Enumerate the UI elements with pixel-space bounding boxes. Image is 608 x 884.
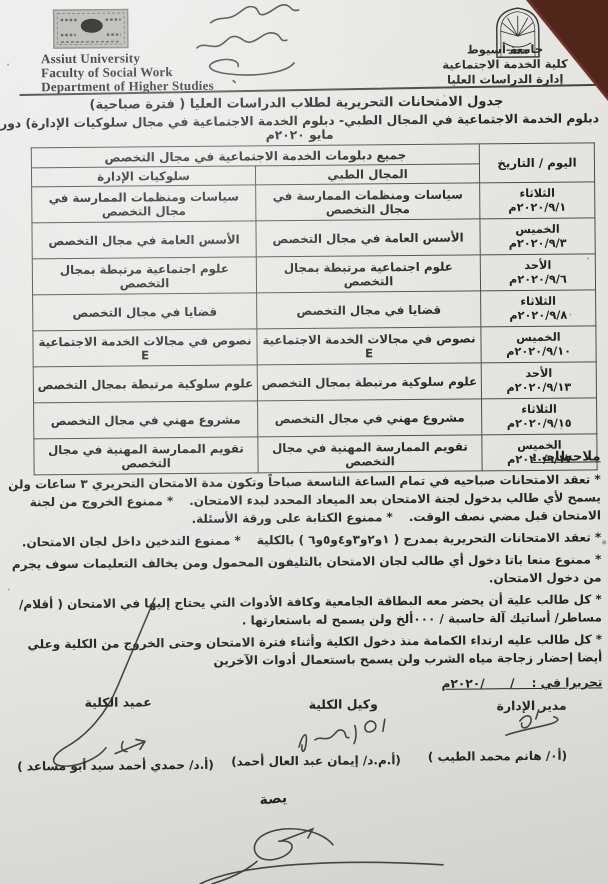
note-line: * كل طالب عليه ارتداء الكمامة منذ دخول ا… bbox=[6, 630, 602, 671]
dean-signature-marks bbox=[115, 739, 145, 753]
schedule-title: جدول الامتحانات التحريرية لطلاب الدراسات… bbox=[0, 93, 595, 113]
document-content: Assiut University Faculty of Social Work… bbox=[0, 0, 608, 884]
exam-table-row: الخميس٢٠٢٠/٩/١٠منصوص في مجالات الخدمة ال… bbox=[33, 326, 596, 367]
cell-behavior-subject: مشروع مهني في مجال التخصص bbox=[34, 401, 258, 439]
note-item: * ممنوع الكتابة على ورقة الأسئلة. bbox=[191, 510, 392, 526]
cell-medical-subject: علوم اجتماعية مرتبطة بمجال التخصص bbox=[256, 255, 480, 293]
exam-table-row: الأحد٢٠٢٠/٩/٦معلوم اجتماعية مرتبطة بمجال… bbox=[32, 254, 595, 295]
top-handwriting-swoosh bbox=[210, 59, 295, 83]
cell-day-date: الأحد٢٠٢٠/٩/١٣م bbox=[481, 362, 596, 399]
cell-behavior-subject: سياسات ومنظمات الممارسة في مجال التخصص bbox=[32, 185, 256, 223]
notes-section: ملاحظات : * تعقد الامتحانات صباحيه في تم… bbox=[4, 449, 602, 694]
university-stamp-icon bbox=[53, 8, 129, 53]
signature-title-dean: عميد الكلية bbox=[85, 694, 152, 710]
cell-medical-subject: نصوص في مجالات الخدمة الاجتماعية E bbox=[257, 327, 481, 365]
top-handwriting-line1 bbox=[211, 5, 299, 23]
exam-table-row: الثلاثاء٢٠٢٠/٩/١مسياسات ومنظمات الممارسة… bbox=[32, 182, 595, 223]
signature-name-director: (أ٠/ هانم محمد الطيب ) bbox=[428, 749, 567, 764]
scan-backing-corner-dark bbox=[530, 0, 608, 97]
note-item: * كل طالب علية أن يحضر معه البطاقة الجام… bbox=[19, 592, 602, 627]
bottom-signature-underline bbox=[200, 862, 443, 884]
cell-day-date: الخميس٢٠٢٠/٩/١٠م bbox=[481, 326, 596, 363]
signature-title-vice-dean: وكيل الكلية bbox=[309, 696, 378, 712]
note-item: * تعقد الامتحانات التحريرية بمدرج ( ١و٢و… bbox=[257, 530, 602, 547]
cell-day-date: الأحد٢٠٢٠/٩/٦م bbox=[480, 254, 595, 291]
director-signature bbox=[506, 710, 558, 735]
cell-behavior-subject: علوم سلوكية مرتبطة بمجال التخصص bbox=[33, 365, 257, 403]
exam-table-row: الخميس٢٠٢٠/٩/٣مالأسس العامة في مجال التخ… bbox=[32, 218, 595, 259]
cell-day-date: الثلاثاء٢٠٢٠/٩/١م bbox=[480, 182, 595, 219]
day-date-header: اليوم / التاريخ bbox=[479, 143, 594, 183]
issued-dateline: تحريرا في : / /٢٠٢٠م bbox=[441, 675, 602, 690]
cell-behavior-subject: نصوص في مجالات الخدمة الاجتماعية E bbox=[33, 329, 257, 367]
cell-medical-subject: قضايا في مجال التخصص bbox=[257, 291, 481, 329]
cell-medical-subject: علوم سلوكية مرتبطة بمجال التخصص bbox=[257, 363, 481, 401]
cell-behavior-subject: علوم اجتماعية مرتبطة بمجال التخصص bbox=[32, 257, 256, 295]
note-item: * ممنوع التدخين داخل لجان الامتحان. bbox=[22, 534, 241, 550]
cell-medical-subject: سياسات ومنظمات الممارسة في مجال التخصص bbox=[256, 183, 480, 221]
cell-medical-subject: مشروع مهني في مجال التخصص bbox=[258, 399, 482, 437]
bottom-signature-descender bbox=[212, 861, 257, 883]
english-letterhead: Assiut University Faculty of Social Work… bbox=[41, 51, 214, 95]
exam-table-body: الثلاثاء٢٠٢٠/٩/١مسياسات ومنظمات الممارسة… bbox=[32, 182, 597, 475]
exam-table-row: الثلاثاء٢٠٢٠/٩/٨مقضايا في مجال التخصصقضا… bbox=[33, 290, 596, 331]
note-line: * تعقد الامتحانات التحريرية بمدرج ( ١و٢و… bbox=[5, 528, 601, 551]
vice-dean-signature bbox=[299, 719, 385, 751]
note-item: * ممنوع منعا باتا دخول أي طالب لجان الام… bbox=[12, 552, 602, 585]
top-handwriting-line2 bbox=[197, 33, 287, 48]
signature-title-director: مدير الإدارة bbox=[497, 698, 567, 714]
medical-column-header: المجال الطبي bbox=[255, 164, 479, 185]
table-header-row: اليوم / التاريخ جميع دبلومات الخدمة الاج… bbox=[31, 143, 594, 168]
cell-medical-subject: الأسس العامة في مجال التخصص bbox=[256, 219, 480, 257]
bottom-signature-loop bbox=[254, 828, 333, 860]
note-line: * ممنوع منعا باتا دخول أي طالب لجان الام… bbox=[5, 550, 601, 591]
signature-name-vice-dean: (أ.م.د/ إيمان عبد العال أحمد) bbox=[231, 753, 401, 768]
cell-behavior-subject: قضايا في مجال التخصص bbox=[33, 293, 257, 331]
scanned-document-page: Assiut University Faculty of Social Work… bbox=[0, 0, 608, 884]
schedule-subtitle: دبلوم الخدمة الاجتماعية في المجال الطبي-… bbox=[0, 111, 602, 144]
cell-day-date: الثلاثاء٢٠٢٠/٩/٨م bbox=[481, 290, 596, 327]
exam-table-row: الثلاثاء٢٠٢٠/٩/١٥ممشروع مهني في مجال الت… bbox=[34, 398, 597, 439]
exam-table-row: الأحد٢٠٢٠/٩/١٣معلوم سلوكية مرتبطة بمجال … bbox=[33, 362, 596, 403]
note-item: * كل طالب عليه ارتداء الكمامة منذ دخول ا… bbox=[27, 632, 602, 667]
note-line: * تعقد الامتحانات صباحيه في تمام الساعة … bbox=[5, 470, 601, 529]
note-line: * كل طالب علية أن يحضر معه البطاقة الجام… bbox=[6, 590, 602, 631]
exam-schedule-table: اليوم / التاريخ جميع دبلومات الخدمة الاج… bbox=[31, 142, 598, 475]
handwritten-bottom-word: يصة bbox=[259, 790, 288, 809]
behavior-column-header: سلوكيات الإدارة bbox=[31, 166, 255, 187]
cell-day-date: الثلاثاء٢٠٢٠/٩/١٥م bbox=[481, 398, 596, 435]
notes-lines: * تعقد الامتحانات صباحيه في تمام الساعة … bbox=[5, 470, 603, 671]
cell-day-date: الخميس٢٠٢٠/٩/٣م bbox=[480, 218, 595, 255]
signature-name-dean: (أ.د/ حمدي أحمد سيد أبو مساعد ) bbox=[17, 758, 214, 774]
cell-behavior-subject: الأسس العامة في مجال التخصص bbox=[32, 221, 256, 259]
